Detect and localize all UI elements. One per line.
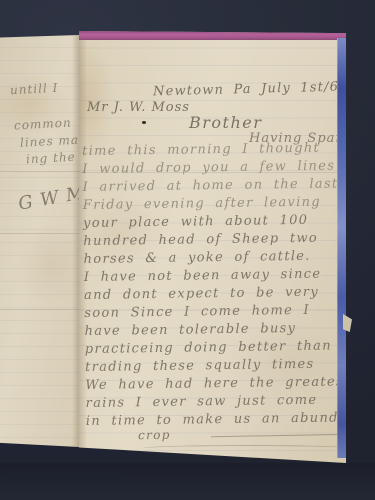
letter-body: time this morning I thoughtI would drop … bbox=[82, 139, 346, 445]
letter-place-date: Newtown Pa July 1st/6 bbox=[153, 80, 340, 100]
handwriting-fragment: lines may bbox=[20, 132, 79, 149]
background-shading bbox=[0, 463, 375, 500]
crease-line bbox=[79, 172, 346, 174]
handwriting-line: soon Since I come home I bbox=[84, 301, 346, 323]
letter-recipient: Mr J. W. Moss bbox=[87, 100, 190, 115]
handwriting-fragment: G W M bbox=[17, 182, 79, 214]
handwriting-fragment: common bbox=[14, 116, 72, 133]
handwriting-fragment: untill I bbox=[10, 81, 59, 98]
ink-speck bbox=[142, 121, 146, 124]
underline-flourish bbox=[141, 445, 346, 452]
letter-page: Newtown Pa July 1st/6 Mr J. W. Moss Brot… bbox=[79, 31, 346, 463]
fold-shadow bbox=[79, 31, 87, 463]
pink-gilt-edge bbox=[79, 31, 346, 40]
handwriting-line: in time to make us an abundant bbox=[86, 409, 346, 431]
blue-gilt-edge bbox=[337, 38, 346, 458]
letter-salutation: Brother bbox=[189, 113, 262, 132]
crease-line bbox=[0, 233, 79, 235]
paper-tear-notch bbox=[343, 314, 352, 332]
photo-of-letter: untill Icommonlines maying theG W M Newt… bbox=[0, 0, 375, 500]
crease-line bbox=[79, 309, 346, 311]
handwriting-fragment: ing the bbox=[26, 150, 76, 167]
left-page-fragment: untill Icommonlines maying theG W M bbox=[0, 35, 79, 447]
handwriting-line: Friday evening after leaving bbox=[83, 193, 346, 215]
fold-shadow bbox=[72, 35, 79, 447]
crease-line bbox=[0, 309, 79, 311]
crease-line bbox=[0, 171, 79, 173]
